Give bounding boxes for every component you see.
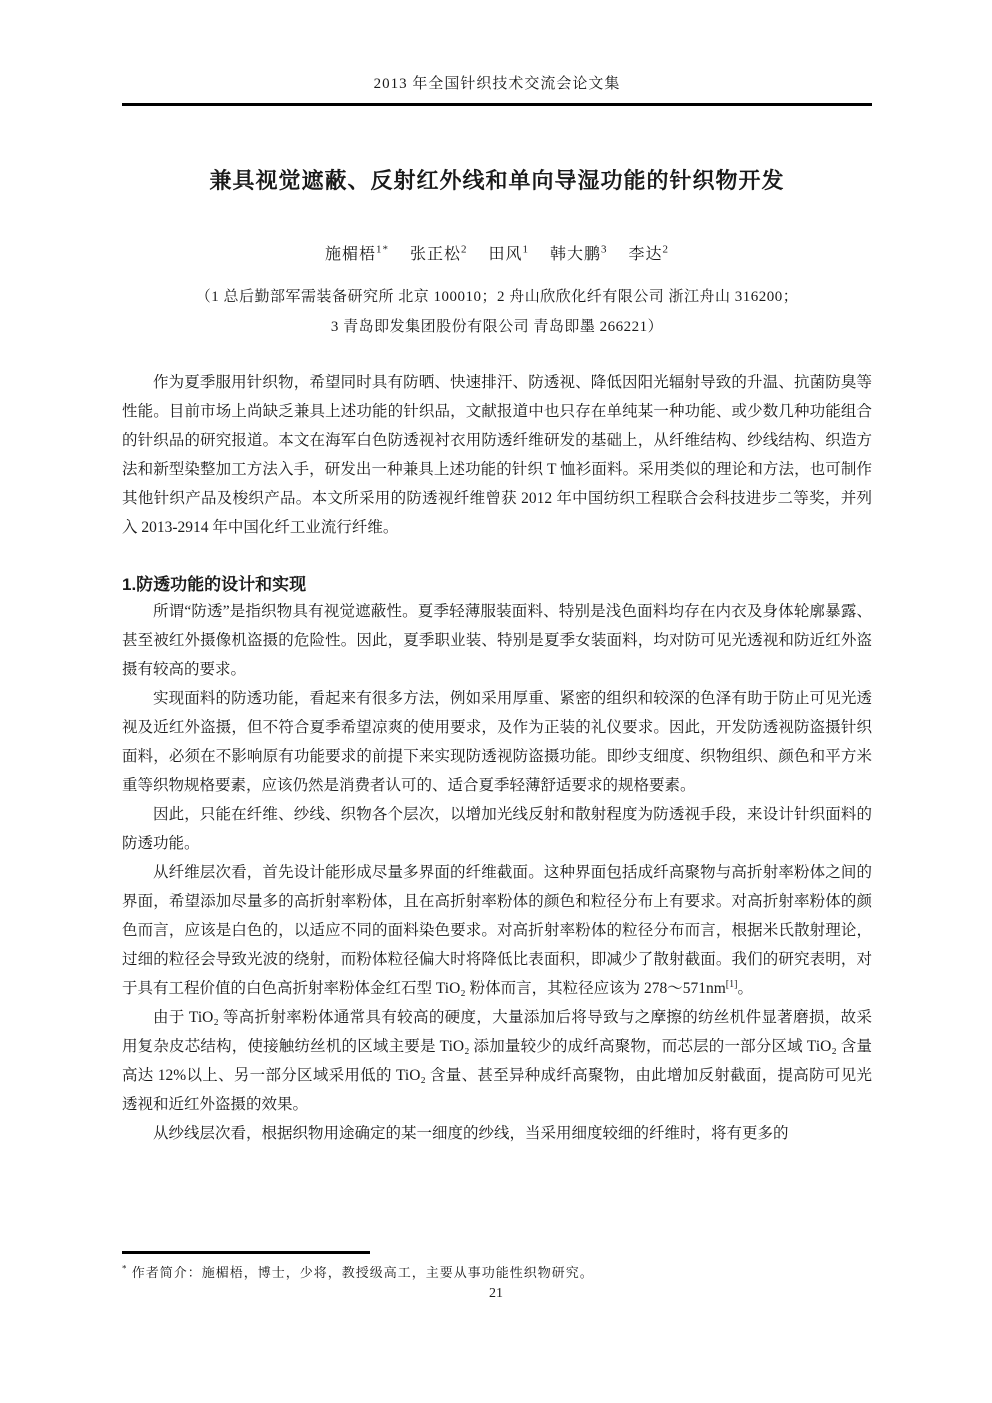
paper-title: 兼具视觉遮蔽、反射红外线和单向导湿功能的针织物开发 (122, 164, 872, 195)
section-1-paragraph-4: 从纤维层次看，首先设计能形成尽量多界面的纤维截面。这种界面包括成纤高聚物与高折射… (122, 858, 872, 1003)
section-1-paragraph-5: 由于 TiO₂ 等高折射率粉体通常具有较高的硬度，大量添加后将导致与之摩擦的纺丝… (122, 1003, 872, 1119)
author-affiliation-mark: 2 (461, 244, 468, 256)
author-affiliation-mark: 1 (523, 244, 530, 256)
footnote-rule (122, 1251, 370, 1254)
author-bio-footnote: * 作者简介：施楣梧，博士，少将，教授级高工，主要从事功能性织物研究。 (122, 1262, 872, 1281)
author-name: 韩大鹏 (550, 246, 601, 263)
footnote-text: 作者简介：施楣梧，博士，少将，教授级高工，主要从事功能性织物研究。 (128, 1265, 594, 1280)
section-1-paragraph-6: 从纱线层次看，根据织物用途确定的某一细度的纱线，当采用细度较细的纤维时，将有更多… (122, 1119, 872, 1148)
author-name: 施楣梧 (325, 246, 376, 263)
paragraph-text: 从纤维层次看，首先设计能形成尽量多界面的纤维截面。这种界面包括成纤高聚物与高折射… (122, 864, 872, 997)
author-affiliation-mark: 1* (376, 244, 389, 256)
author: 李达2 (629, 246, 670, 263)
abstract-paragraph: 作为夏季服用针织物，希望同时具有防晒、快速排汗、防透视、降低因阳光辐射导致的升温… (122, 368, 872, 542)
reference-citation-1: [1] (726, 979, 738, 990)
author-affiliation-mark: 2 (663, 244, 670, 256)
author-name: 张正松 (410, 246, 461, 263)
author: 田风1 (488, 246, 529, 263)
section-1-heading: 1.防透功能的设计和实现 (122, 570, 872, 595)
affiliation-line-1: （1 总后勤部军需装备研究所 北京 100010；2 舟山欣欣化纤有限公司 浙江… (122, 282, 872, 312)
section-1-paragraph-3: 因此，只能在纤维、纱线、织物各个层次，以增加光线反射和散射程度为防透视手段，来设… (122, 800, 872, 858)
header-rule (122, 103, 872, 106)
author: 施楣梧1* (325, 246, 389, 263)
author-name: 李达 (629, 246, 663, 263)
author-affiliation-mark: 3 (601, 244, 608, 256)
paper-page: 2013 年全国针织技术交流会论文集 兼具视觉遮蔽、反射红外线和单向导湿功能的针… (0, 0, 992, 1403)
author: 韩大鹏3 (550, 246, 608, 263)
authors-line: 施楣梧1* 张正松2 田风1 韩大鹏3 李达2 (122, 241, 872, 264)
author: 张正松2 (410, 246, 468, 263)
paragraph-text: 。 (737, 980, 753, 997)
section-1-paragraph-1: 所谓“防透”是指织物具有视觉遮蔽性。夏季轻薄服装面料、特别是浅色面料均存在内衣及… (122, 597, 872, 684)
section-1-paragraph-2: 实现面料的防透功能，看起来有很多方法，例如采用厚重、紧密的组织和较深的色泽有助于… (122, 684, 872, 800)
running-head: 2013 年全国针织技术交流会论文集 (122, 72, 872, 93)
page-content: 2013 年全国针织技术交流会论文集 兼具视觉遮蔽、反射红外线和单向导湿功能的针… (122, 0, 872, 1148)
page-number: 21 (0, 1286, 992, 1302)
author-name: 田风 (488, 246, 522, 263)
affiliation-line-2: 3 青岛即发集团股份有限公司 青岛即墨 266221） (122, 312, 872, 342)
